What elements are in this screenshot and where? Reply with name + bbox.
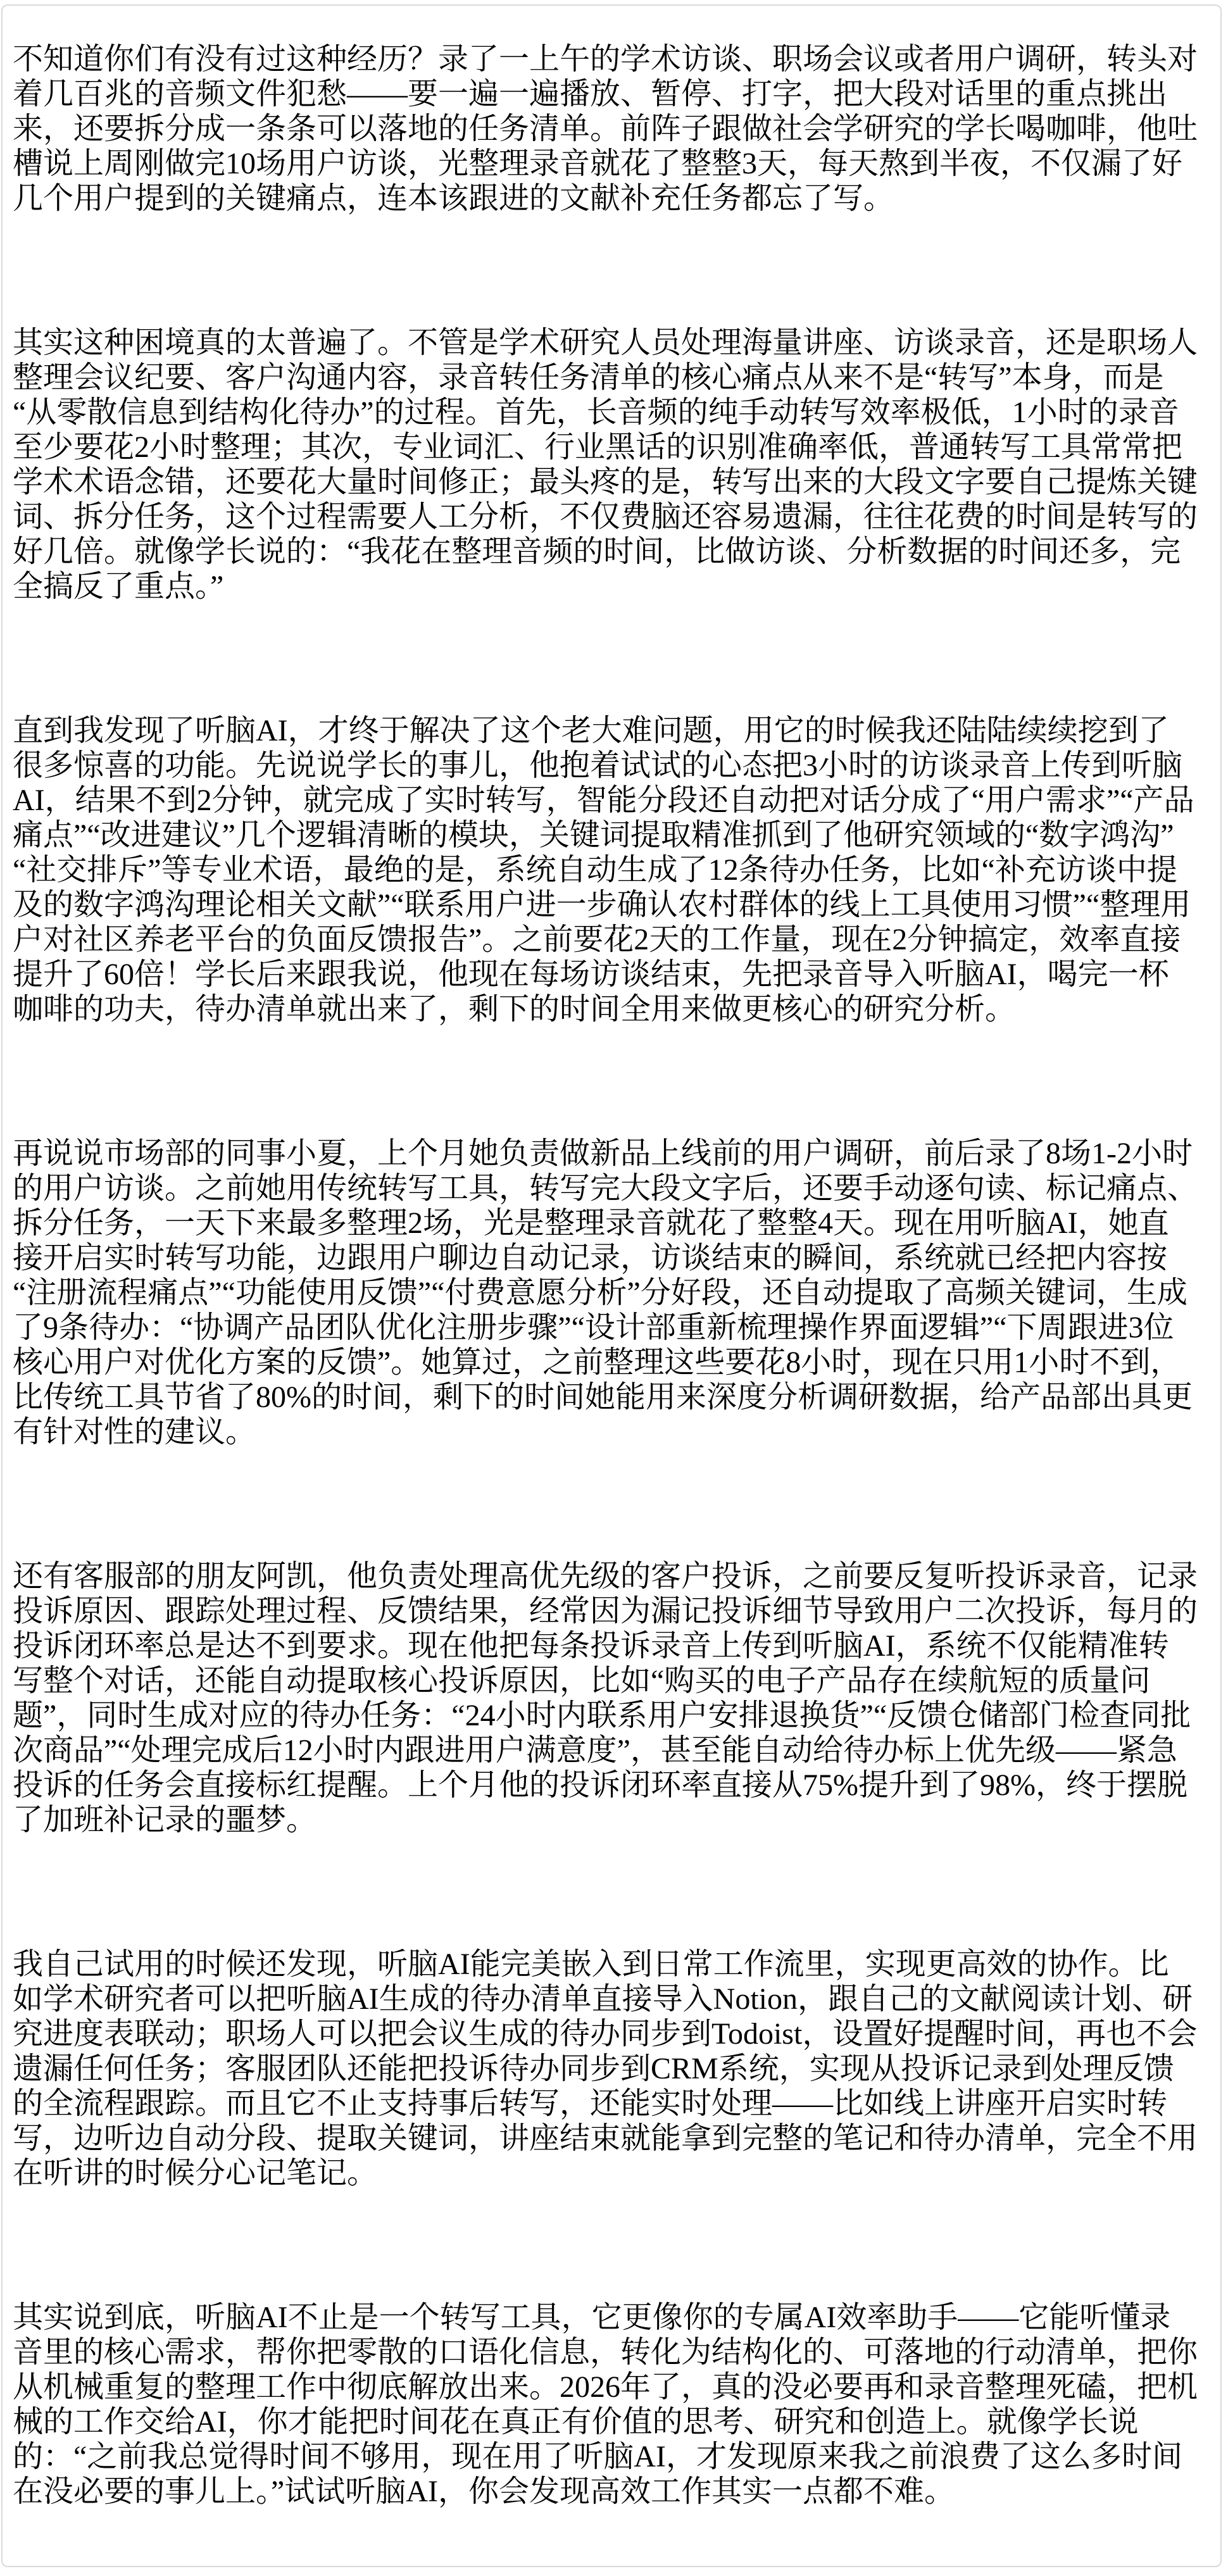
paragraph-problem-analysis: 其实这种困境真的太普遍了。不管是学术研究人员处理海量讲座、访谈录音，还是职场人整… (13, 325, 1198, 604)
paragraph-workflow-integration: 我自己试用的时候还发现，听脑AI能完美嵌入到日常工作流里，实现更高效的协作。比如… (13, 1947, 1198, 2191)
paragraph-case-senior-researcher: 直到我发现了听脑AI，才终于解决了这个老大难问题，用它的时候我还陆陆续续挖到了很… (13, 713, 1198, 1027)
page: { "page": { "background_color": "#ffffff… (0, 0, 1228, 2576)
paragraph-intro-pain: 不知道你们有没有过这种经历？录了一上午的学术访谈、职场会议或者用户调研，转头对着… (13, 42, 1198, 216)
paragraph-case-customer-service: 还有客服部的朋友阿凯，他负责处理高优先级的客户投诉，之前要反复听投诉录音，记录投… (13, 1559, 1198, 1837)
article-body: 不知道你们有没有过这种经历？录了一上午的学术访谈、职场会议或者用户调研，转头对着… (13, 42, 1198, 2509)
paragraph-case-marketing-colleague: 再说说市场部的同事小夏，上个月她负责做新品上线前的用户调研，前后录了8场1-2小… (13, 1136, 1198, 1449)
paragraph-conclusion-cta: 其实说到底，听脑AI不止是一个转写工具，它更像你的专属AI效率助手——它能听懂录… (13, 2300, 1198, 2509)
